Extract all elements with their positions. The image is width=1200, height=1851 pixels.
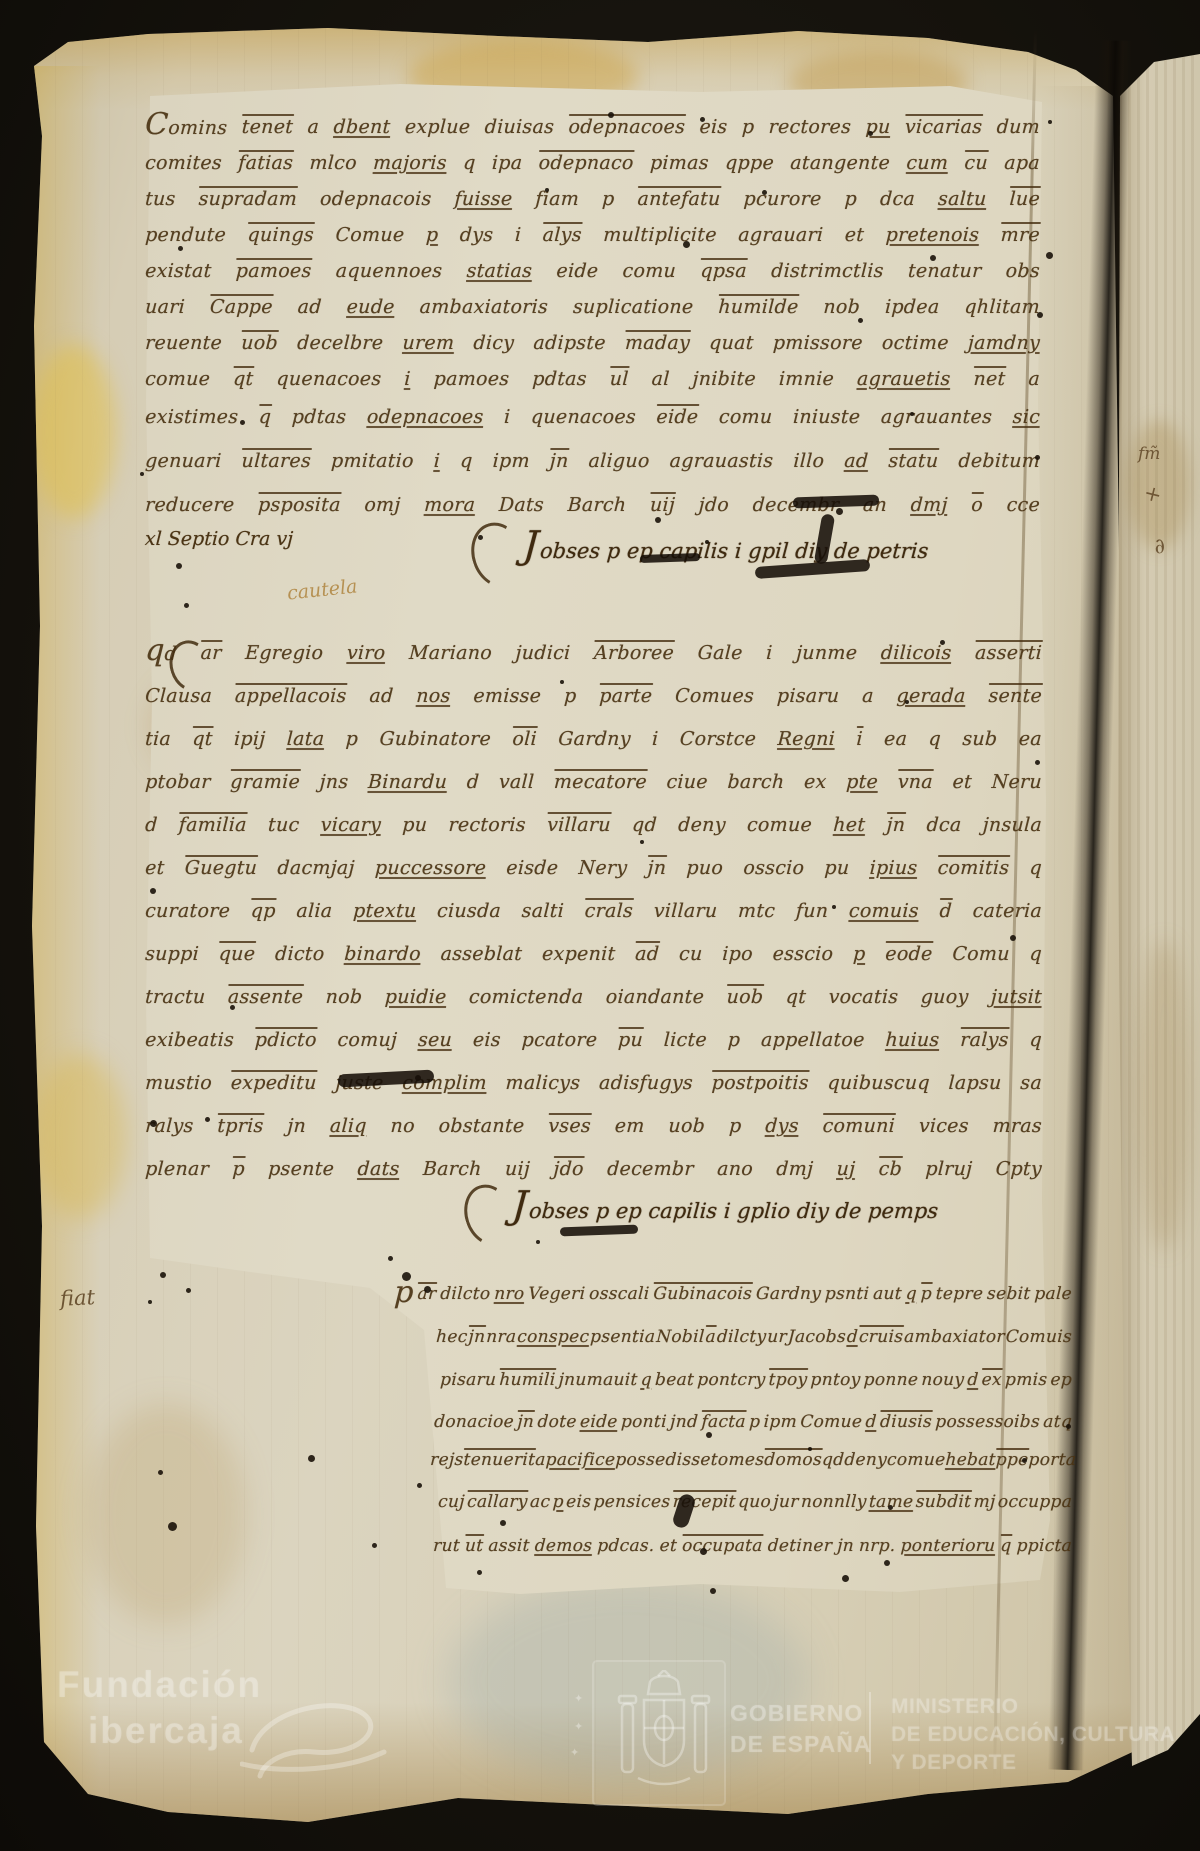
manuscript-line: comueqtquenacoesipamoespdtasulaljnibitei… [144,368,1040,395]
ink-spot [1035,760,1040,765]
watermark-divider [869,1692,871,1764]
ink-spot [148,1300,152,1304]
tan-stain-2 [86,1404,246,1624]
ink-spot [1048,120,1052,124]
ink-spot [808,1447,812,1451]
ink-spot [1035,455,1040,460]
ink-spot [1046,252,1053,259]
ink-spot [700,117,705,122]
manuscript-line: dfamiliatucvicarypurectorisvillaruqddeny… [144,814,1042,841]
manuscript-line: ralystprisjnaliqnoobstantevsesemuobpdysc… [144,1115,1042,1142]
ink-spot [842,1575,849,1582]
manuscript-line: exibeatispdictocomujseueispcatorepulicte… [144,1029,1042,1056]
manuscript-line: pardilctonroVegeriosscaliGubinacoisGardn… [393,1284,1072,1311]
manuscript-line: ClausaappellacoisadnosemissepparteComues… [144,685,1042,712]
ink-spot [184,603,189,608]
manuscript-photo-stage: Cominstenetadbentexpluediuisasodepnacoes… [0,0,1200,1851]
ink-spot [230,1005,235,1010]
ink-spot [477,1570,482,1575]
ink-spot [700,1548,707,1555]
ink-spot [888,1505,893,1510]
subscription-1: Jobses p ep capilis i gpil diy de petris [522,536,929,563]
manuscript-line: existimesqpdtasodepnacoesiquenacoeseidec… [144,406,1040,433]
ink-spot [168,1522,177,1531]
fiat-marginal-note: fiat [59,1285,95,1311]
ink-spot [176,563,182,569]
watermark-government-line2: DE ESPAÑA [730,1731,872,1758]
ink-spot [930,255,936,261]
ink-spot [905,700,909,704]
spain-coat-of-arms-icon [614,1670,714,1796]
manuscript-line: curatoreqpaliaptextuciusdasalticralsvill… [144,900,1042,927]
ink-spot [560,680,564,684]
ink-spot [500,1520,506,1526]
ink-spot [417,1483,422,1488]
ink-spot [705,540,709,544]
ink-spot [910,412,914,416]
ink-spot [308,1455,315,1462]
ink-spot [832,905,836,909]
ink-spot [836,508,843,515]
ink-spot [706,1432,712,1438]
manuscript-line: existatpamoesaquennoesstatiaseidecomuqps… [144,260,1040,287]
subscription-2: Jobses p ep capilis i gplio diy de pemps [511,1196,939,1223]
manuscript-line: pisaruhumilijnumauitqbeatpontcrytpoypnto… [439,1370,1072,1397]
ink-spot [150,888,156,894]
manuscript-line: plenarppsentedatsBarchuijjdodecembranodm… [144,1158,1042,1185]
ink-spot [545,188,549,192]
ink-spot [240,420,245,425]
manuscript-line: mustioexpeditujustecomplimmalicysadisfug… [144,1072,1042,1099]
ink-spot [140,472,144,476]
manuscript-line: suppiquedictobinardoasseblatexpenitadcui… [144,943,1042,970]
ink-spot [478,535,483,540]
watermark-government-line1: GOBIERNO [730,1700,863,1727]
ink-spot [186,1288,191,1293]
manuscript-line: reducerepspositaomjmoraDatsBarchuijjdode… [144,494,1040,521]
watermark-foundation-line1: Fundación [57,1664,262,1706]
ink-spot [536,1240,540,1244]
closing-line: xl Septio Cra vj [144,528,293,550]
ink-spot [1037,312,1043,318]
manuscript-line: tussupradamodepnacoisfuissefiampantefatu… [144,188,1040,215]
watermark-foundation-line2: ibercaja [88,1710,244,1752]
ink-spot [205,1117,210,1122]
ink-spot [372,1543,377,1548]
facing-page-mark-fm: fm̃ [1138,444,1160,464]
watermark-ministry-line2: DE EDUCACIÓN, CULTURA [891,1723,1175,1747]
ink-spot [655,517,661,523]
left-edge-stain [28,66,100,1796]
manuscript-line: qdarEgregioviroMarianojudiciArboreeGalei… [144,642,1042,669]
manuscript-line: uariCappeadeudeambaxiatorissuplicationeh… [144,296,1040,323]
manuscript-line: cujcallaryacpeispensicesrecepitquojurnon… [437,1492,1072,1519]
ink-spot [160,1272,166,1278]
ink-spot [178,246,183,251]
watermark-ministry-line1: MINISTERIO [891,1695,1019,1719]
ink-spot [402,1272,411,1281]
watermark-ministry-line3: Y DEPORTE [891,1751,1016,1775]
manuscript-line: donacioejndoteeidepontijndfactapipmComue… [433,1412,1072,1439]
ink-spot [640,840,644,844]
ink-spot [608,112,614,118]
manuscript-line: ptobargramiejnsBinardudvallmecatoreciueb… [144,771,1042,798]
ink-spot [762,190,767,195]
ink-spot [710,1588,716,1594]
manuscript-line: reuenteuobdecelbreuremdicyadipstemadayqu… [144,332,1040,359]
star-icon: ✦ [574,1692,583,1705]
ink-spot [940,640,945,645]
ink-spot [1022,1458,1027,1463]
yellow-patch-lower [34,1054,126,1219]
facing-page-stain-2 [1138,940,1190,1250]
manuscript-line: tiaqtipijlatapGubinatoreoliGardnyiCorstc… [144,728,1042,755]
ink-spot [868,131,873,136]
manuscript-line: tractuassentenobpuidiecomictendaoiandant… [144,986,1042,1013]
ink-spot [1010,935,1016,941]
manuscript-line: rejstenueritapacificepossedissetomesdomo… [429,1450,1072,1477]
yellow-patch-upper [32,344,116,519]
star-icon: ✦ [574,1720,583,1733]
ink-spot [388,1256,393,1261]
ibercaja-logo-icon [240,1692,390,1792]
manuscript-line: hecjnnraconspecpsentiaNobiladilctyurJaco… [435,1327,1072,1354]
star-icon: ✦ [570,1746,579,1759]
ink-spot [150,1120,157,1127]
manuscript-line: comitesfatiasmlcomajorisqipaodepnacopima… [144,152,1040,179]
ink-spot [424,1286,431,1293]
ink-spot [858,318,863,323]
ink-spot [683,241,690,248]
ink-spot [158,1470,163,1475]
manuscript-line: pendutequingsComuepdysialysmultiplicitea… [144,224,1040,251]
ink-spot [1066,1424,1071,1429]
manuscript-line: etGuegtudacmjajpuccessoreeisdeNeryjnpuoo… [144,857,1042,884]
manuscript-line: Cominstenetadbentexpluediuisasodepnacoes… [144,116,1040,143]
manuscript-line: genuariultarespmitatioiqipmjnaliguoagrau… [144,450,1040,477]
manuscript-line: rututassitdemospdcas.etoccupatadetinerjn… [432,1536,1072,1563]
ink-spot [884,1560,890,1566]
